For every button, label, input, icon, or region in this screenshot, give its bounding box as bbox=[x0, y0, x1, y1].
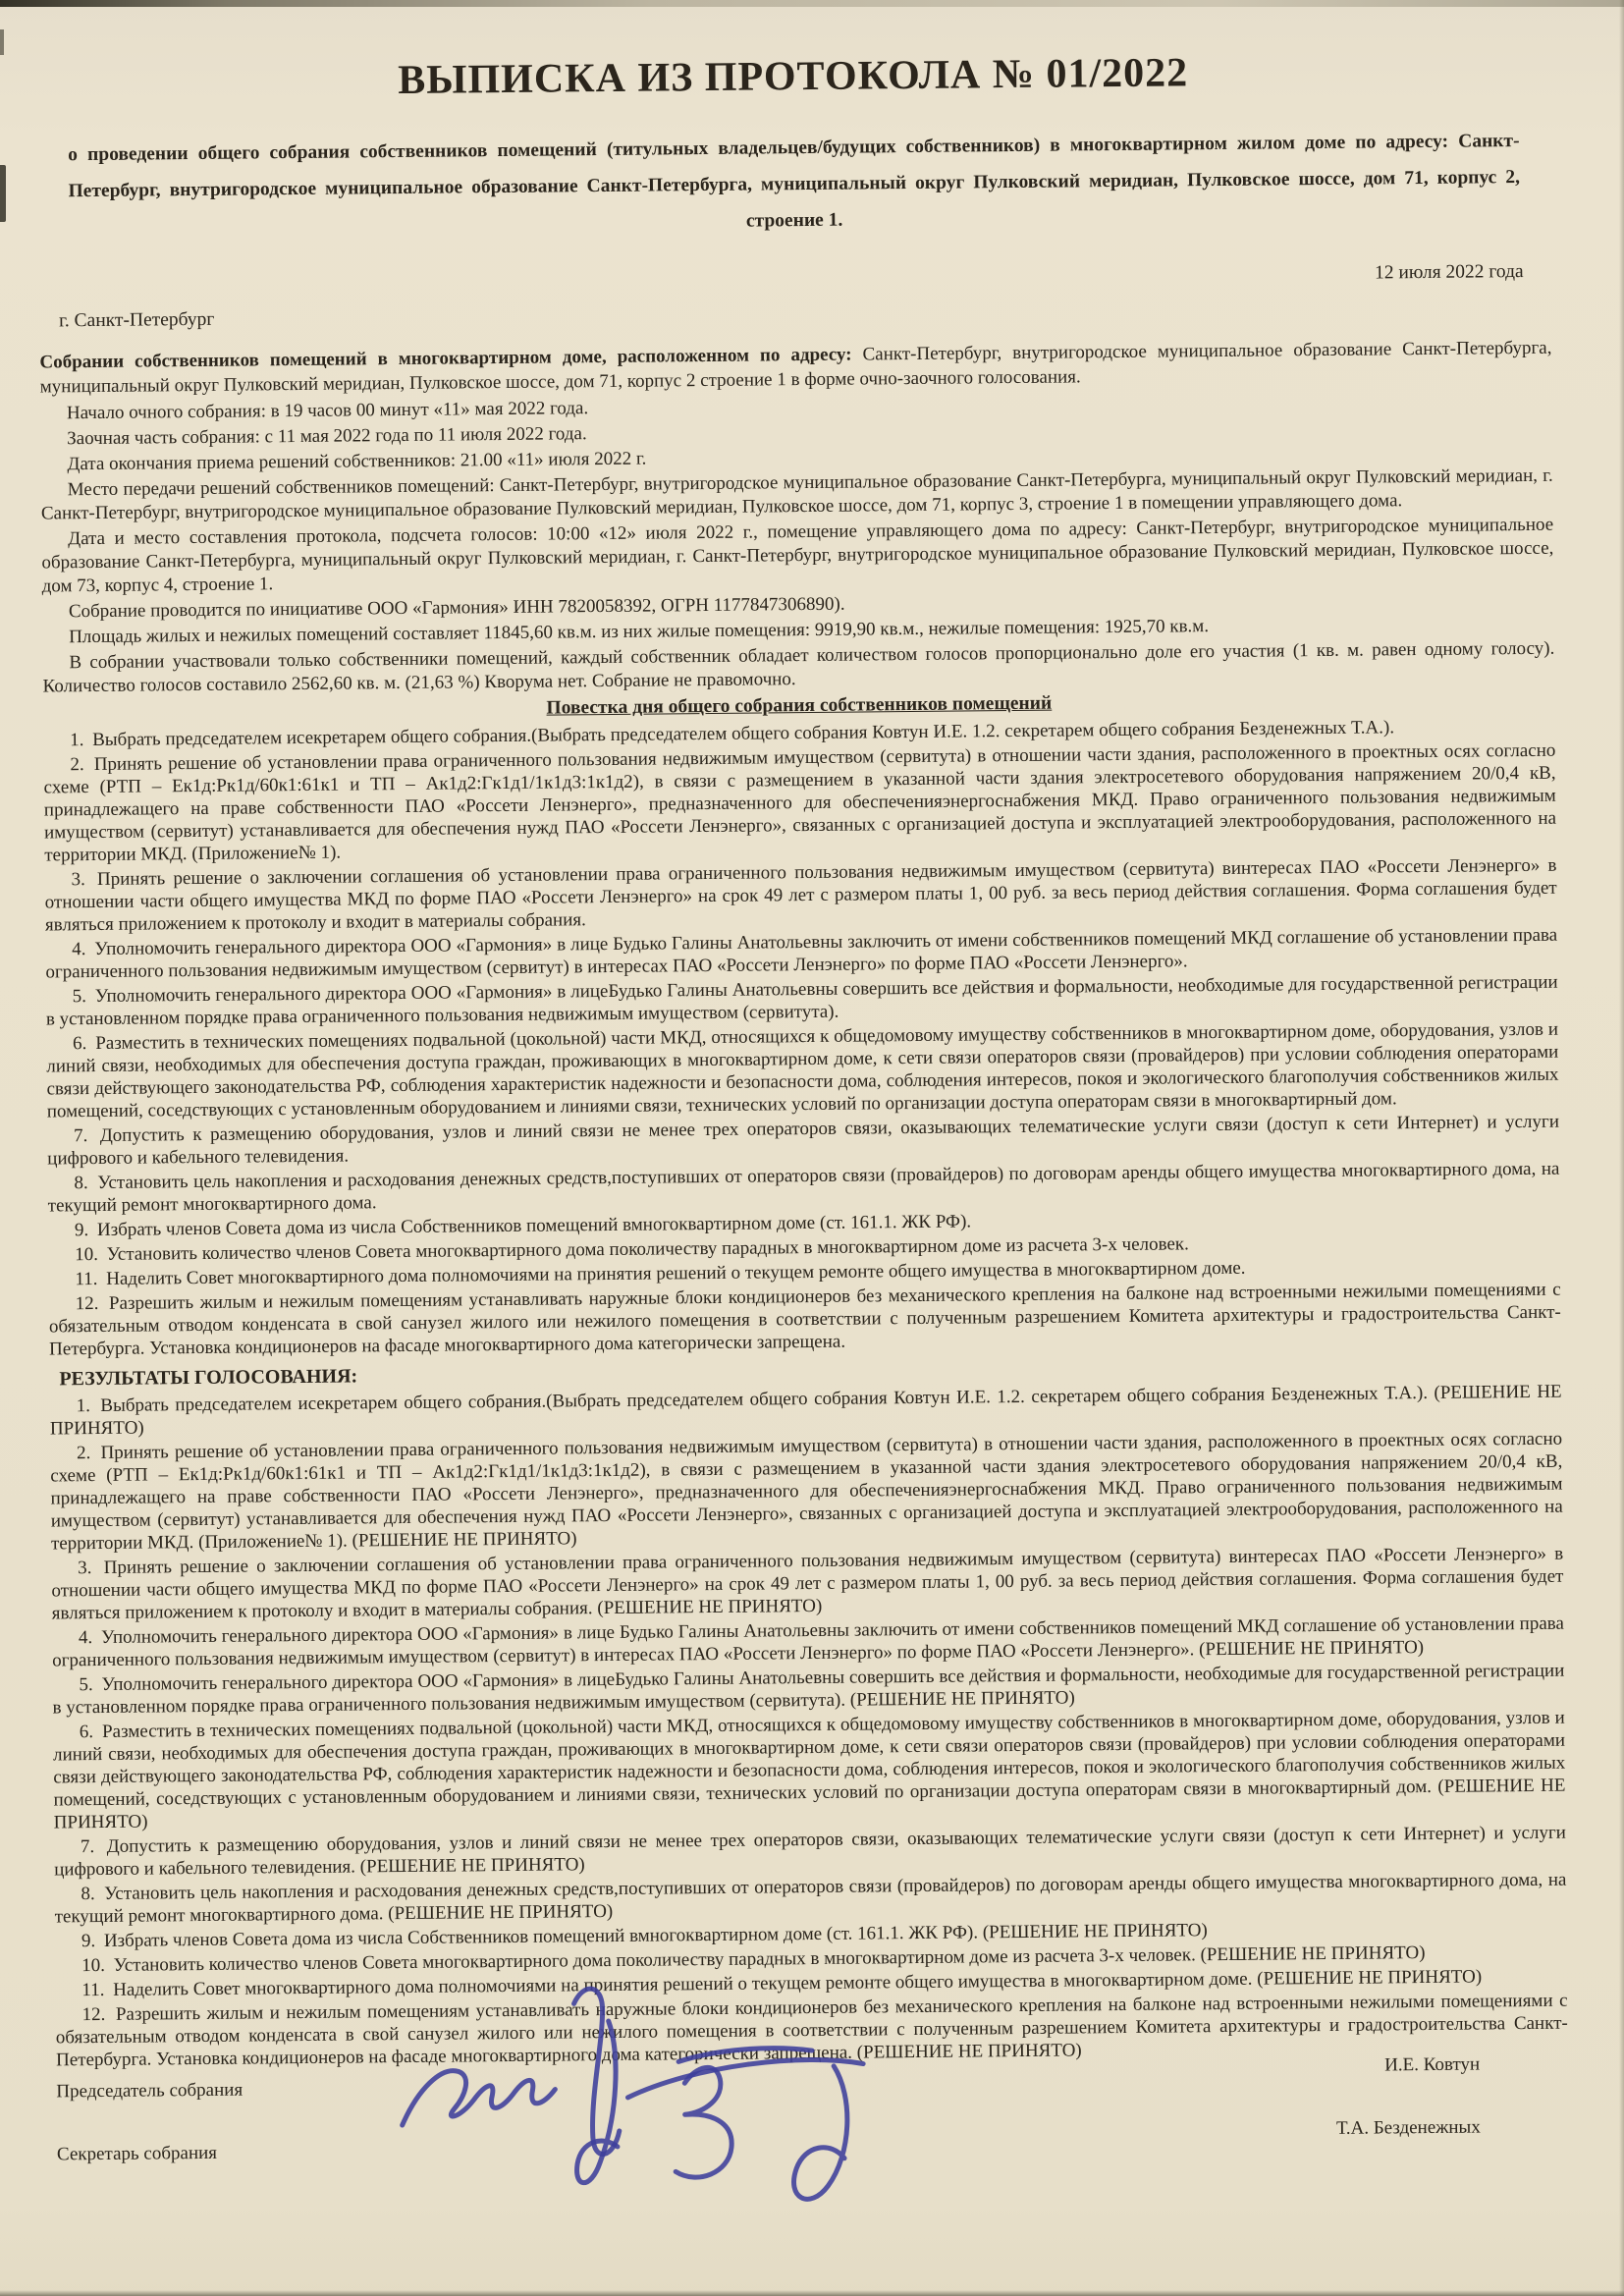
document-date: 12 июля 2022 года bbox=[39, 261, 1551, 298]
item-number: 5. bbox=[73, 986, 90, 1007]
chairman-label: Председатель собрания bbox=[56, 2080, 243, 2104]
item-number: 7. bbox=[81, 1836, 98, 1857]
item-number: 4. bbox=[72, 939, 89, 959]
document-subtitle: о проведении общего собрания собственник… bbox=[68, 123, 1520, 246]
document-page: ВЫПИСКА ИЗ ПРОТОКОЛА № 01/2022 о проведе… bbox=[0, 0, 1624, 2166]
item-number: 8. bbox=[81, 1884, 98, 1904]
item-text: Разместить в технических помещениях подв… bbox=[53, 1708, 1565, 1811]
results-list: 1. Выбрать председателем исекретарем общ… bbox=[50, 1381, 1569, 2072]
agenda-item: 2. Принять решение об установлении права… bbox=[43, 739, 1556, 867]
result-verdict: (РЕШЕНИЕ НЕ ПРИНЯТО) bbox=[352, 1528, 576, 1551]
result-verdict: (РЕШЕНИЕ НЕ ПРИНЯТО) bbox=[388, 1901, 613, 1924]
item-number: 12. bbox=[82, 2004, 110, 2025]
intro-paragraph: Дата и место составления протокола, подс… bbox=[41, 514, 1554, 599]
secretary-label: Секретарь собрания bbox=[57, 2143, 217, 2166]
item-text: Разрешить жилым и нежилым помещениям уст… bbox=[56, 1991, 1568, 2071]
scanned-document-page: { "colors": { "paper": "#e9e1cc", "ink":… bbox=[0, 0, 1624, 2296]
document-title: ВЫПИСКА ИЗ ПРОТОКОЛА № 01/2022 bbox=[37, 46, 1549, 108]
intro-section: Собрании собственников помещений в много… bbox=[39, 336, 1554, 699]
item-number: 11. bbox=[81, 1980, 108, 2000]
item-number: 10. bbox=[75, 1244, 102, 1265]
result-verdict: (РЕШЕНИЕ НЕ ПРИНЯТО) bbox=[1199, 1637, 1424, 1660]
item-text: Принять решение об установлении права ог… bbox=[50, 1429, 1563, 1555]
item-number: 11. bbox=[75, 1269, 101, 1289]
result-verdict: (РЕШЕНИЕ НЕ ПРИНЯТО) bbox=[360, 1854, 585, 1877]
document-city: г. Санкт-Петербург bbox=[39, 297, 1551, 333]
item-number: 10. bbox=[81, 1955, 109, 1976]
result-item: 12. Разрешить жилым и нежилым помещениям… bbox=[56, 1990, 1569, 2072]
result-verdict: (РЕШЕНИЕ НЕ ПРИНЯТО) bbox=[857, 2040, 1082, 2062]
signature-block: Председатель собрания И.Е. Ковтун Секрет… bbox=[56, 2067, 1569, 2166]
agenda-list: 1. Выбрать председателем исекретарем общ… bbox=[43, 715, 1561, 1361]
item-text: Разместить в технических помещениях подв… bbox=[46, 1019, 1558, 1122]
secretary-signature-row: Секретарь собрания Т.А. Безденежных bbox=[57, 2130, 1569, 2166]
item-text: Разрешить жилым и нежилым помещениям уст… bbox=[49, 1280, 1561, 1360]
item-number: 7. bbox=[74, 1125, 91, 1146]
item-number: 3. bbox=[71, 869, 88, 890]
item-number: 6. bbox=[80, 1722, 97, 1742]
result-verdict: (РЕШЕНИЕ НЕ ПРИНЯТО) bbox=[597, 1596, 822, 1618]
item-number: 9. bbox=[75, 1220, 92, 1240]
item-number: 8. bbox=[74, 1173, 91, 1193]
result-item: 6. Разместить в технических помещениях п… bbox=[53, 1707, 1566, 1834]
item-number: 2. bbox=[70, 754, 87, 775]
result-verdict: (РЕШЕНИЕ НЕ ПРИНЯТО) bbox=[1200, 1942, 1425, 1965]
item-number: 9. bbox=[81, 1931, 99, 1951]
item-number: 1. bbox=[77, 1395, 94, 1416]
secretary-name: Т.А. Безденежных bbox=[1336, 2117, 1481, 2140]
result-verdict: (РЕШЕНИЕ НЕ ПРИНЯТО) bbox=[983, 1920, 1208, 1942]
item-number: 3. bbox=[78, 1558, 95, 1578]
chairman-name: И.Е. Ковтун bbox=[1384, 2054, 1480, 2077]
meeting-description-lead: Собрании собственников помещений в много… bbox=[39, 345, 851, 373]
agenda-item: 6. Разместить в технических помещениях п… bbox=[46, 1018, 1559, 1123]
item-text: Принять решение об установлении права ог… bbox=[44, 740, 1557, 866]
item-number: 12. bbox=[76, 1293, 103, 1314]
result-verdict: (РЕШЕНИЕ НЕ ПРИНЯТО) bbox=[850, 1687, 1075, 1710]
item-number: 6. bbox=[73, 1033, 90, 1054]
intro-paragraph-list: Начало очного собрания: в 19 часов 00 ми… bbox=[40, 388, 1555, 699]
result-item: 2. Принять решение об установлении права… bbox=[50, 1428, 1563, 1556]
item-number: 2. bbox=[77, 1443, 94, 1463]
document-scan: ВЫПИСКА ИЗ ПРОТОКОЛА № 01/2022 о проведе… bbox=[0, 0, 1624, 2166]
item-number: 1. bbox=[70, 730, 87, 750]
chairman-signature-row: Председатель собрания И.Е. Ковтун bbox=[56, 2067, 1568, 2104]
result-verdict: (РЕШЕНИЕ НЕ ПРИНЯТО) bbox=[1257, 1966, 1482, 1989]
item-text: Принять решение о заключении соглашения … bbox=[45, 855, 1557, 936]
agenda-item: 3. Принять решение о заключении соглашен… bbox=[44, 854, 1557, 937]
result-item: 3. Принять решение о заключении соглашен… bbox=[51, 1543, 1564, 1625]
agenda-item: 12. Разрешить жилым и нежилым помещениям… bbox=[49, 1279, 1562, 1361]
item-number: 5. bbox=[79, 1674, 96, 1695]
scan-artifact-bottom-edge bbox=[0, 2290, 1624, 2296]
item-number: 4. bbox=[79, 1627, 96, 1648]
